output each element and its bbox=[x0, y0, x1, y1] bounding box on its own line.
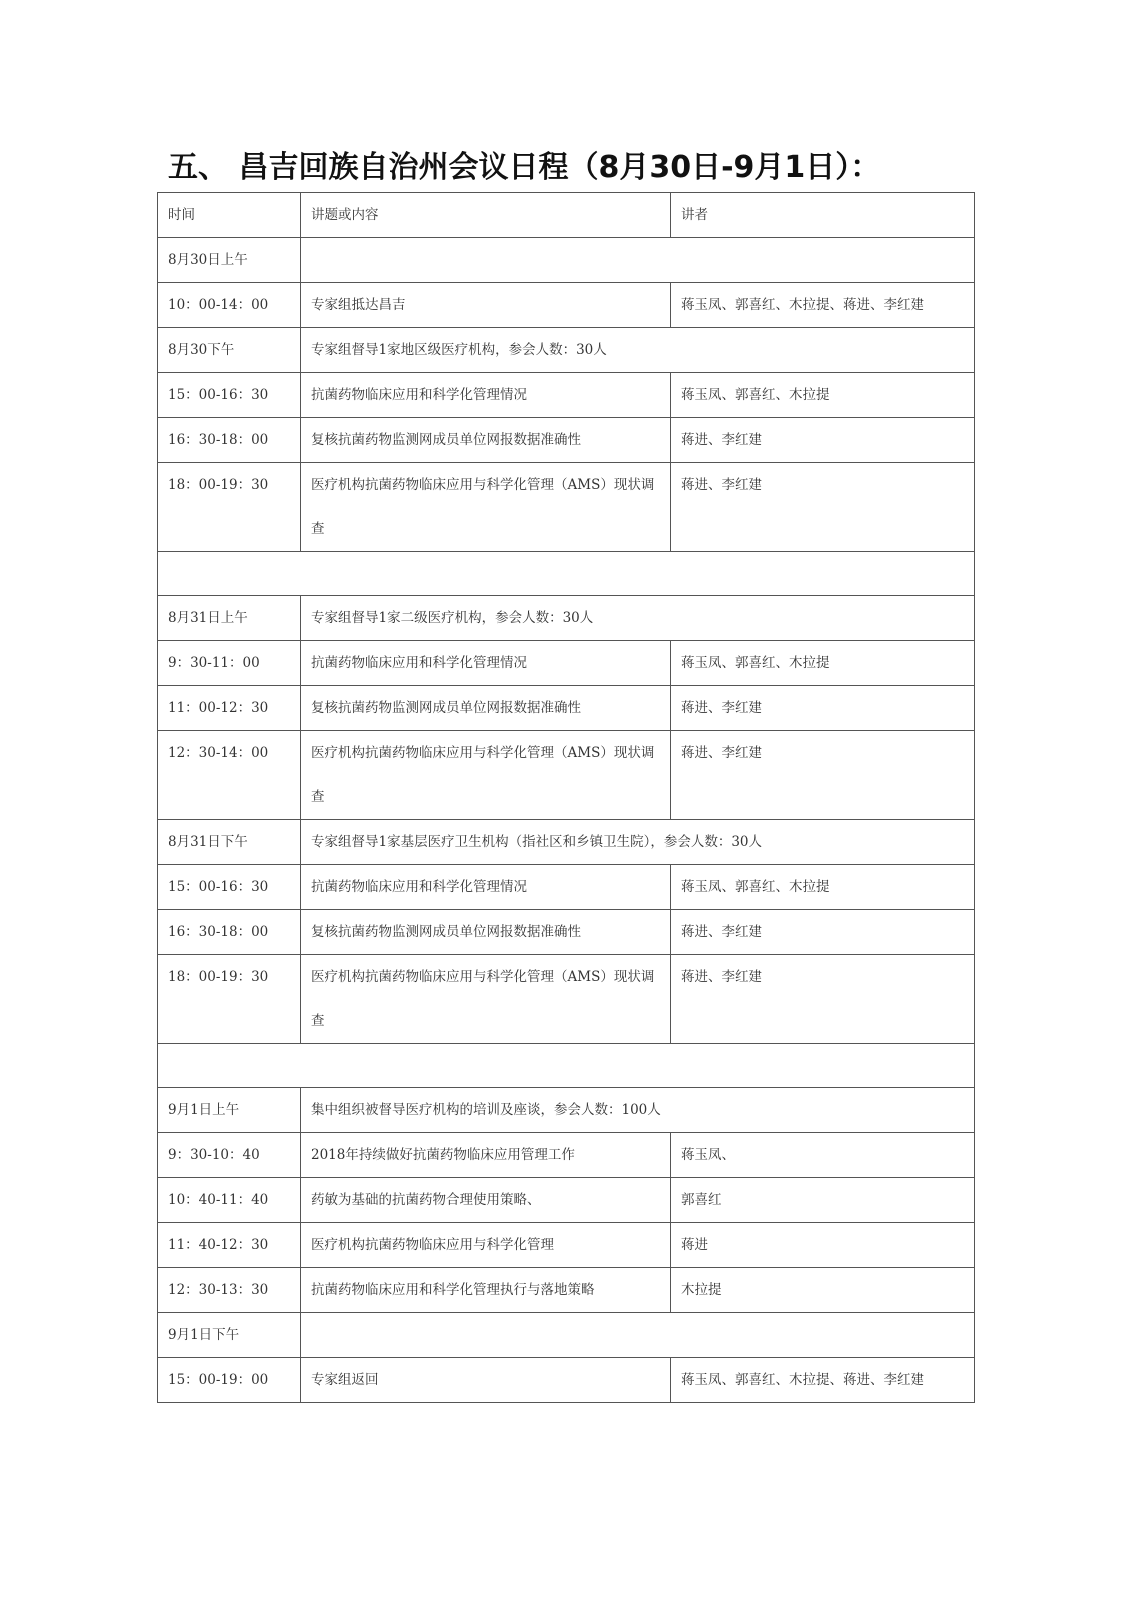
time-cell: 10：00-14：00 bbox=[158, 283, 301, 328]
time-cell: 16：30-18：00 bbox=[158, 418, 301, 463]
content-cell: 医疗机构抗菌药物临床应用与科学化管理（AMS）现状调查 bbox=[301, 731, 671, 820]
time-cell: 15：00-16：30 bbox=[158, 865, 301, 910]
session-time-cell: 8月31日下午 bbox=[158, 820, 301, 865]
content-cell: 2018年持续做好抗菌药物临床应用管理工作 bbox=[301, 1133, 671, 1178]
content-cell: 复核抗菌药物监测网成员单位网报数据准确性 bbox=[301, 686, 671, 731]
session-header-row: 9月1日下午 bbox=[158, 1313, 975, 1358]
schedule-table: 时间 讲题或内容 讲者 8月30日上午10：00-14：00专家组抵达昌吉蒋玉凤… bbox=[157, 192, 975, 1403]
table-row: 12：30-14：00医疗机构抗菌药物临床应用与科学化管理（AMS）现状调查蒋进… bbox=[158, 731, 975, 820]
content-cell: 抗菌药物临床应用和科学化管理情况 bbox=[301, 865, 671, 910]
session-header-row: 9月1日上午集中组织被督导医疗机构的培训及座谈，参会人数：100人 bbox=[158, 1088, 975, 1133]
session-time-cell: 9月1日下午 bbox=[158, 1313, 301, 1358]
session-description-cell: 专家组督导1家基层医疗卫生机构（指社区和乡镇卫生院），参会人数：30人 bbox=[301, 820, 975, 865]
content-cell: 抗菌药物临床应用和科学化管理执行与落地策略 bbox=[301, 1268, 671, 1313]
session-header-row: 8月31日下午专家组督导1家基层医疗卫生机构（指社区和乡镇卫生院），参会人数：3… bbox=[158, 820, 975, 865]
table-row: 10：00-14：00专家组抵达昌吉蒋玉凤、郭喜红、木拉提、蒋进、李红建 bbox=[158, 283, 975, 328]
speaker-cell: 蒋进、李红建 bbox=[671, 731, 975, 820]
session-header-row: 8月31日上午专家组督导1家二级医疗机构，参会人数：30人 bbox=[158, 596, 975, 641]
blank-separator-row bbox=[158, 1044, 975, 1088]
time-cell: 11：40-12：30 bbox=[158, 1223, 301, 1268]
header-speaker: 讲者 bbox=[671, 193, 975, 238]
speaker-cell: 蒋玉凤、郭喜红、木拉提、蒋进、李红建 bbox=[671, 283, 975, 328]
time-cell: 9：30-10：40 bbox=[158, 1133, 301, 1178]
speaker-cell: 蒋进、李红建 bbox=[671, 955, 975, 1044]
table-row: 9：30-10：402018年持续做好抗菌药物临床应用管理工作蒋玉凤、 bbox=[158, 1133, 975, 1178]
content-cell: 药敏为基础的抗菌药物合理使用策略、 bbox=[301, 1178, 671, 1223]
session-description-cell bbox=[301, 1313, 975, 1358]
table-row: 18：00-19：30医疗机构抗菌药物临床应用与科学化管理（AMS）现状调查蒋进… bbox=[158, 955, 975, 1044]
session-time-cell: 8月31日上午 bbox=[158, 596, 301, 641]
table-row: 11：40-12：30医疗机构抗菌药物临床应用与科学化管理蒋进 bbox=[158, 1223, 975, 1268]
content-cell: 医疗机构抗菌药物临床应用与科学化管理 bbox=[301, 1223, 671, 1268]
session-time-cell: 8月30下午 bbox=[158, 328, 301, 373]
time-cell: 9：30-11：00 bbox=[158, 641, 301, 686]
time-cell: 15：00-16：30 bbox=[158, 373, 301, 418]
speaker-cell: 木拉提 bbox=[671, 1268, 975, 1313]
content-cell: 抗菌药物临床应用和科学化管理情况 bbox=[301, 641, 671, 686]
blank-cell bbox=[158, 552, 975, 596]
content-cell: 医疗机构抗菌药物临床应用与科学化管理（AMS）现状调查 bbox=[301, 955, 671, 1044]
speaker-cell: 蒋玉凤、郭喜红、木拉提 bbox=[671, 865, 975, 910]
session-time-cell: 9月1日上午 bbox=[158, 1088, 301, 1133]
page-title: 五、 昌吉回族自治州会议日程（8月30日-9月1日）： bbox=[168, 142, 880, 186]
speaker-cell: 蒋进、李红建 bbox=[671, 463, 975, 552]
speaker-cell: 蒋玉凤、郭喜红、木拉提、蒋进、李红建 bbox=[671, 1358, 975, 1403]
content-cell: 医疗机构抗菌药物临床应用与科学化管理（AMS）现状调查 bbox=[301, 463, 671, 552]
header-content: 讲题或内容 bbox=[301, 193, 671, 238]
speaker-cell: 蒋进 bbox=[671, 1223, 975, 1268]
speaker-cell: 蒋进、李红建 bbox=[671, 686, 975, 731]
session-time-cell: 8月30日上午 bbox=[158, 238, 301, 283]
time-cell: 16：30-18：00 bbox=[158, 910, 301, 955]
session-description-cell: 专家组督导1家二级医疗机构，参会人数：30人 bbox=[301, 596, 975, 641]
speaker-cell: 蒋玉凤、郭喜红、木拉提 bbox=[671, 373, 975, 418]
table-row: 18：00-19：30医疗机构抗菌药物临床应用与科学化管理（AMS）现状调查蒋进… bbox=[158, 463, 975, 552]
content-cell: 专家组返回 bbox=[301, 1358, 671, 1403]
speaker-cell: 蒋进、李红建 bbox=[671, 910, 975, 955]
time-cell: 10：40-11：40 bbox=[158, 1178, 301, 1223]
table-row: 9：30-11：00抗菌药物临床应用和科学化管理情况蒋玉凤、郭喜红、木拉提 bbox=[158, 641, 975, 686]
table-header-row: 时间 讲题或内容 讲者 bbox=[158, 193, 975, 238]
time-cell: 18：00-19：30 bbox=[158, 955, 301, 1044]
speaker-cell: 蒋玉凤、郭喜红、木拉提 bbox=[671, 641, 975, 686]
speaker-cell: 郭喜红 bbox=[671, 1178, 975, 1223]
table-row: 16：30-18：00复核抗菌药物监测网成员单位网报数据准确性蒋进、李红建 bbox=[158, 418, 975, 463]
session-header-row: 8月30下午专家组督导1家地区级医疗机构，参会人数：30人 bbox=[158, 328, 975, 373]
blank-cell bbox=[158, 1044, 975, 1088]
time-cell: 12：30-14：00 bbox=[158, 731, 301, 820]
table-row: 12：30-13：30抗菌药物临床应用和科学化管理执行与落地策略木拉提 bbox=[158, 1268, 975, 1313]
time-cell: 18：00-19：30 bbox=[158, 463, 301, 552]
time-cell: 11：00-12：30 bbox=[158, 686, 301, 731]
session-header-row: 8月30日上午 bbox=[158, 238, 975, 283]
content-cell: 复核抗菌药物监测网成员单位网报数据准确性 bbox=[301, 910, 671, 955]
table-row: 15：00-16：30抗菌药物临床应用和科学化管理情况蒋玉凤、郭喜红、木拉提 bbox=[158, 865, 975, 910]
time-cell: 12：30-13：30 bbox=[158, 1268, 301, 1313]
table-row: 15：00-16：30抗菌药物临床应用和科学化管理情况蒋玉凤、郭喜红、木拉提 bbox=[158, 373, 975, 418]
session-description-cell: 专家组督导1家地区级医疗机构，参会人数：30人 bbox=[301, 328, 975, 373]
speaker-cell: 蒋进、李红建 bbox=[671, 418, 975, 463]
time-cell: 15：00-19：00 bbox=[158, 1358, 301, 1403]
session-description-cell: 集中组织被督导医疗机构的培训及座谈，参会人数：100人 bbox=[301, 1088, 975, 1133]
content-cell: 复核抗菌药物监测网成员单位网报数据准确性 bbox=[301, 418, 671, 463]
table-row: 11：00-12：30复核抗菌药物监测网成员单位网报数据准确性蒋进、李红建 bbox=[158, 686, 975, 731]
content-cell: 抗菌药物临床应用和科学化管理情况 bbox=[301, 373, 671, 418]
blank-separator-row bbox=[158, 552, 975, 596]
table-row: 15：00-19：00专家组返回蒋玉凤、郭喜红、木拉提、蒋进、李红建 bbox=[158, 1358, 975, 1403]
table-row: 10：40-11：40药敏为基础的抗菌药物合理使用策略、郭喜红 bbox=[158, 1178, 975, 1223]
header-time: 时间 bbox=[158, 193, 301, 238]
content-cell: 专家组抵达昌吉 bbox=[301, 283, 671, 328]
table-row: 16：30-18：00复核抗菌药物监测网成员单位网报数据准确性蒋进、李红建 bbox=[158, 910, 975, 955]
speaker-cell: 蒋玉凤、 bbox=[671, 1133, 975, 1178]
session-description-cell bbox=[301, 238, 975, 283]
